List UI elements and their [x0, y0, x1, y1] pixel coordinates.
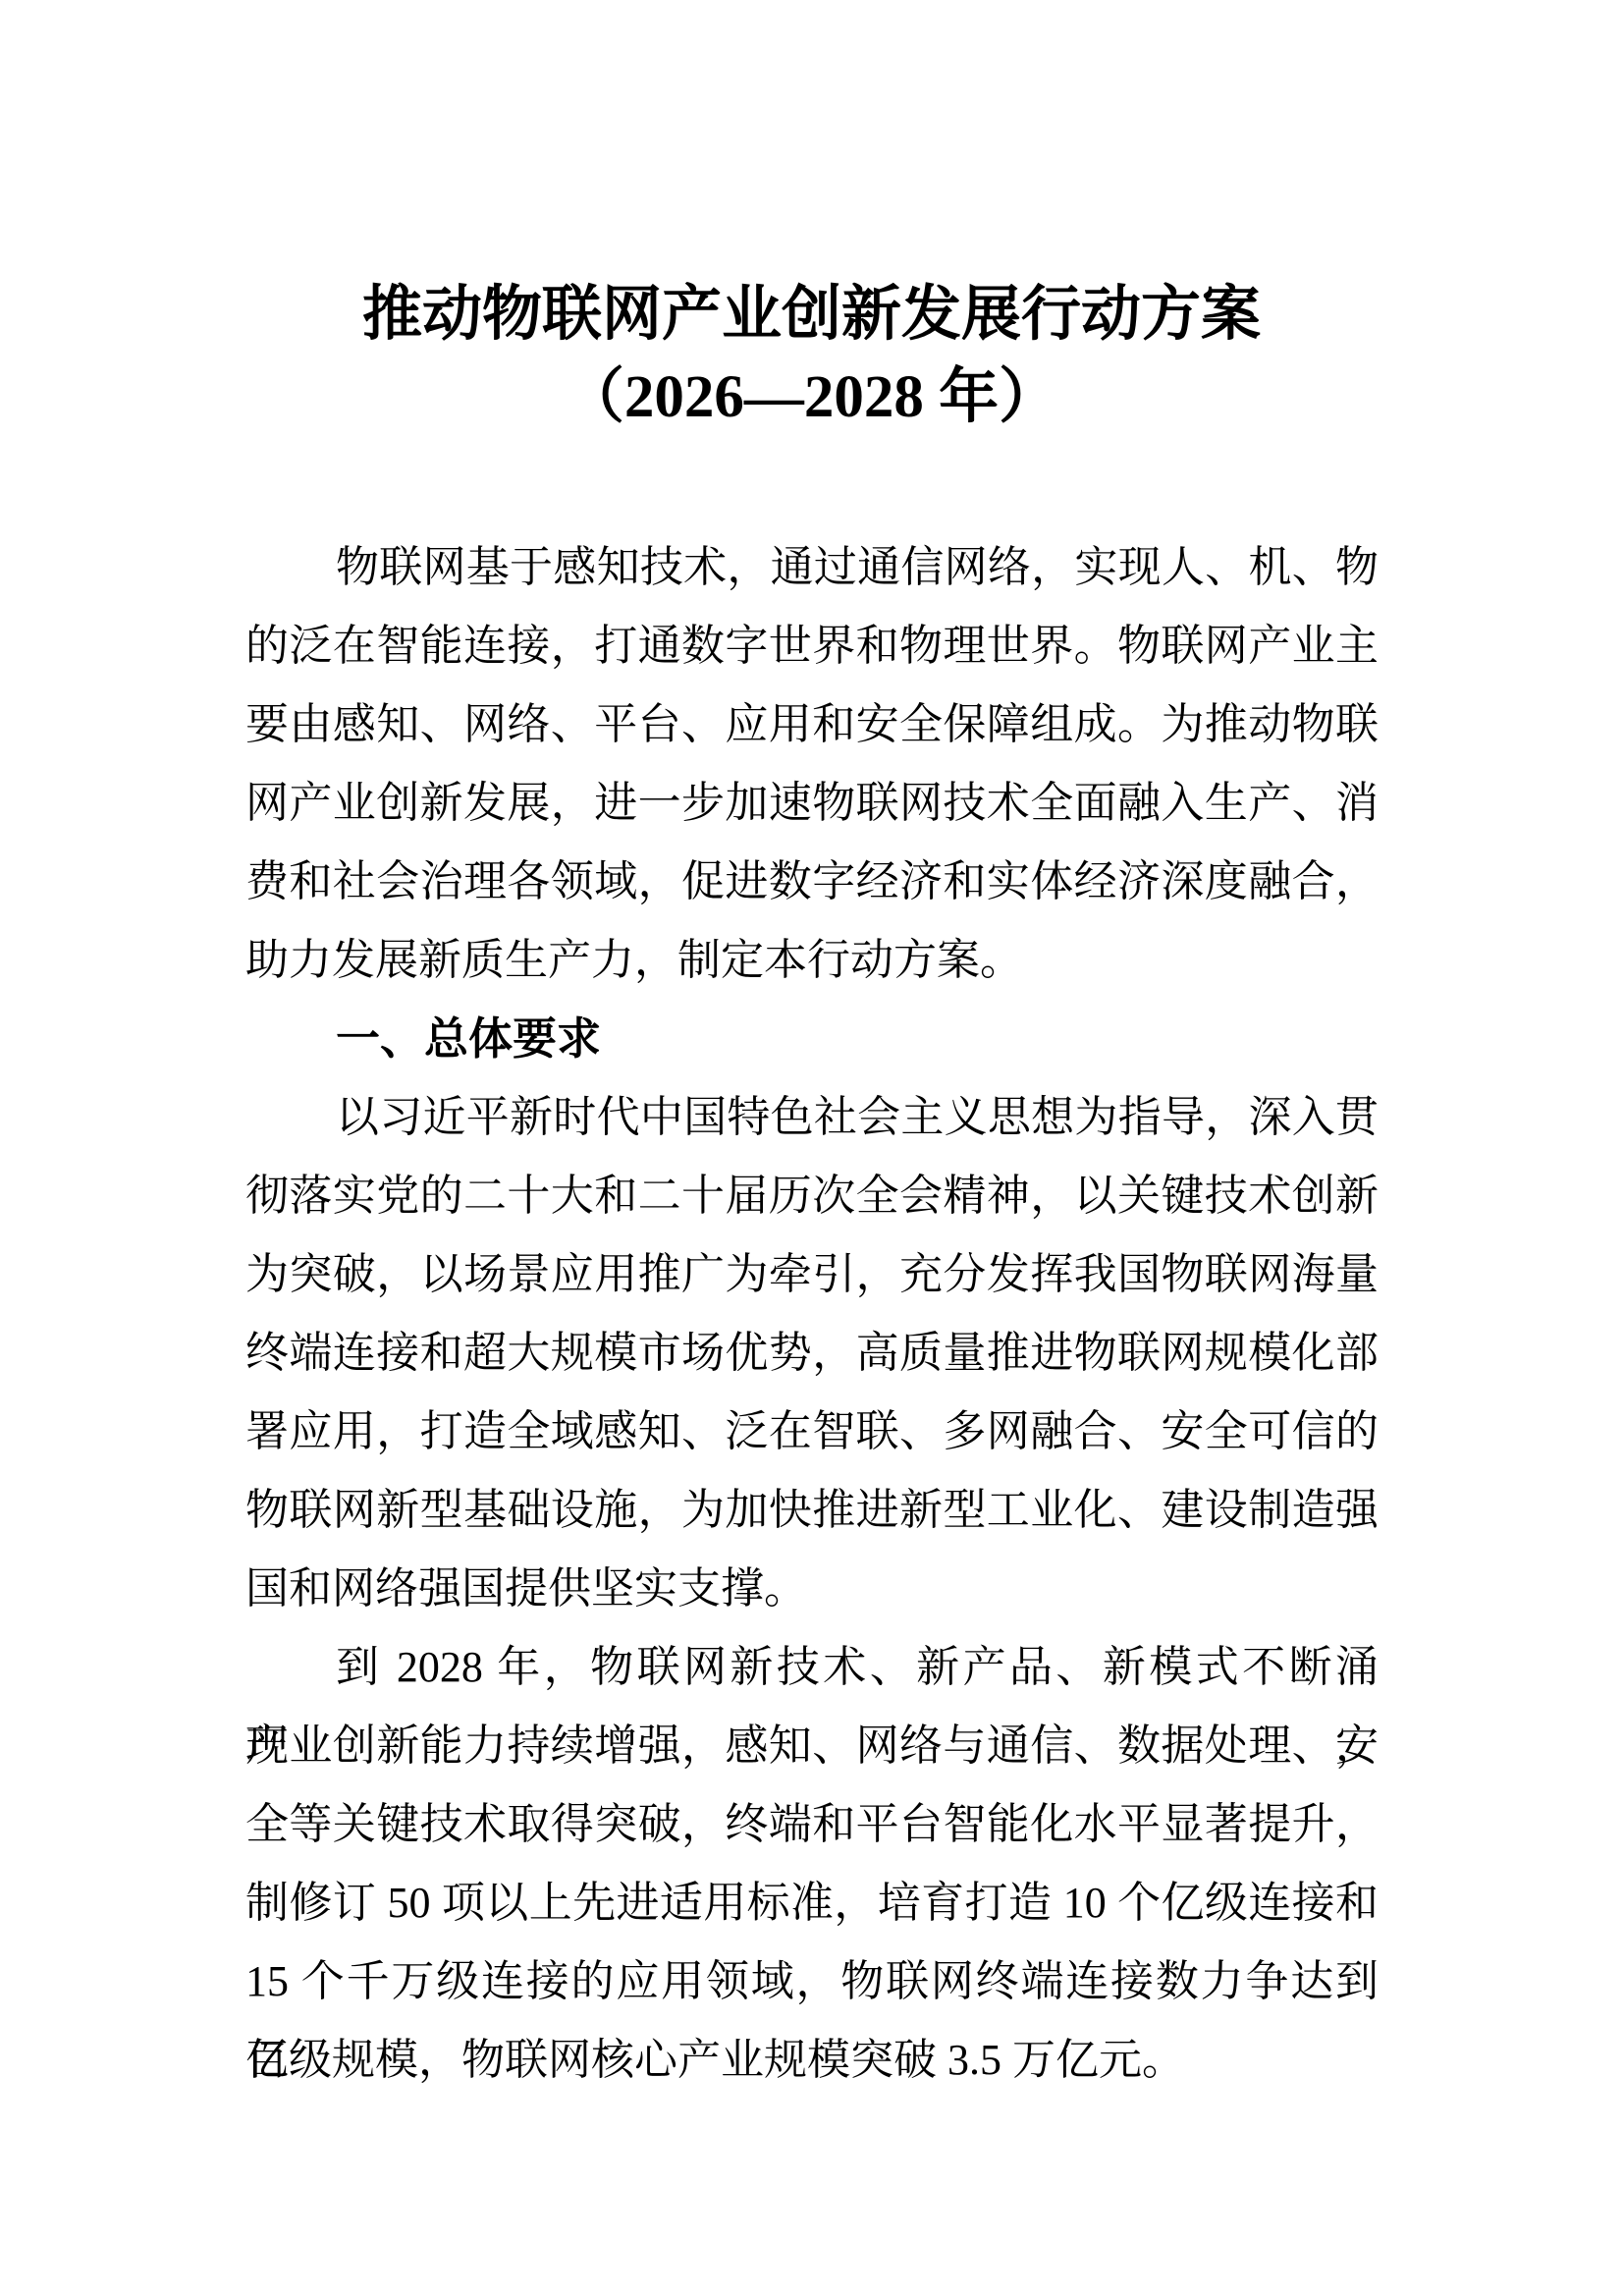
- paragraph-3-line-2: 产业创新能力持续增强，感知、网络与通信、数据处理、安: [245, 1707, 1379, 1785]
- paragraph-1-line-6: 助力发展新质生产力，制定本行动方案。: [245, 921, 1379, 1000]
- paragraph-1-line-5: 费和社会治理各领域，促进数字经济和实体经济深度融合，: [245, 843, 1379, 921]
- paragraph-1-line-4: 网产业创新发展，进一步加速物联网技术全面融入生产、消: [245, 764, 1379, 843]
- document-title: 推动物联网产业创新发展行动方案: [0, 283, 1623, 348]
- paragraph-1-line-2: 的泛在智能连接，打通数字世界和物理世界。物联网产业主: [245, 607, 1379, 685]
- paragraph-3-line-6: 亿级规模，物联网核心产业规模突破 3.5 万亿元。: [245, 2021, 1379, 2100]
- paragraph-3-line-4: 制修订 50 项以上先进适用标准，培育打造 10 个亿级连接和: [245, 1864, 1379, 1942]
- paragraph-3-line-1: 到 2028 年，物联网新技术、新产品、新模式不断涌现，: [245, 1628, 1379, 1707]
- paragraph-2-line-4: 终端连接和超大规模市场优势，高质量推进物联网规模化部: [245, 1314, 1379, 1393]
- paragraph-2-line-6: 物联网新型基础设施，为加快推进新型工业化、建设制造强: [245, 1471, 1379, 1550]
- paragraph-2-line-5: 署应用，打造全域感知、泛在智联、多网融合、安全可信的: [245, 1393, 1379, 1471]
- paragraph-3-line-3: 全等关键技术取得突破，终端和平台智能化水平显著提升，: [245, 1785, 1379, 1864]
- paragraph-2-line-3: 为突破，以场景应用推广为牵引，充分发挥我国物联网海量: [245, 1235, 1379, 1314]
- paragraph-2-line-2: 彻落实党的二十大和二十届历次全会精神，以关键技术创新: [245, 1157, 1379, 1235]
- paragraph-1-line-1: 物联网基于感知技术，通过通信网络，实现人、机、物: [245, 528, 1379, 607]
- paragraph-2-line-7: 国和网络强国提供坚实支撑。: [245, 1550, 1379, 1628]
- paragraph-1-line-3: 要由感知、网络、平台、应用和安全保障组成。为推动物联: [245, 685, 1379, 764]
- document-page: 推动物联网产业创新发展行动方案 （2026—2028 年） 物联网基于感知技术，…: [0, 0, 1623, 2296]
- document-subtitle: （2026—2028 年）: [0, 365, 1623, 430]
- paragraph-2-line-1: 以习近平新时代中国特色社会主义思想为指导，深入贯: [245, 1078, 1379, 1157]
- paragraph-3-line-5: 15 个千万级连接的应用领域，物联网终端连接数力争达到百: [245, 1942, 1379, 2021]
- document-body: 物联网基于感知技术，通过通信网络，实现人、机、物 的泛在智能连接，打通数字世界和…: [245, 528, 1379, 2100]
- section-heading: 一、总体要求: [245, 1000, 1379, 1078]
